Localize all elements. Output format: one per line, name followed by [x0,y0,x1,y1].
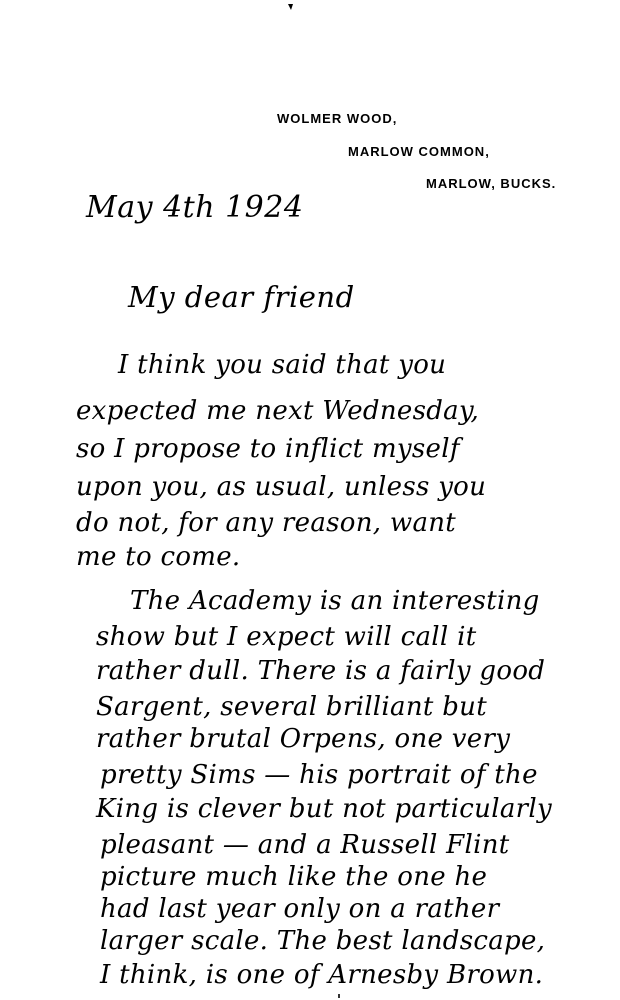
body-line: rather dull. There is a fairly good [96,656,545,686]
body-line: so I propose to inflict myself [76,434,460,464]
body-line: do not, for any reason, want [76,508,456,538]
body-line: upon you, as usual, unless you [76,472,486,502]
body-line: had last year only on a rather [100,894,499,924]
body-line: I think you said that you [118,350,446,380]
body-line: pretty Sims — his portrait of the [100,760,538,790]
letter-date: May 4th 1924 [86,190,303,225]
body-line: show but I expect will call it [96,622,476,652]
body-line: The Academy is an interesting [130,586,540,616]
letterhead-town: Marlow, Bucks. [426,176,556,191]
letter-page: Wolmer Wood, Marlow Common, Marlow, Buck… [0,0,620,1000]
body-line: picture much like the one he [100,862,487,892]
scan-speck [288,4,293,10]
body-line: I think, is one of Arnesby Brown. [100,960,543,990]
letterhead-house: Wolmer Wood, [277,111,397,126]
body-line: rather brutal Orpens, one very [96,724,510,754]
scan-speck [338,994,340,998]
body-line: King is clever but not particularly [96,794,552,824]
body-line: me to come. [76,542,241,572]
salutation: My dear friend [128,280,355,314]
letterhead-locality: Marlow Common, [348,144,490,159]
body-line: larger scale. The best landscape, [100,926,545,956]
body-line: pleasant — and a Russell Flint [100,830,510,860]
body-line: expected me next Wednesday, [76,396,479,426]
body-line: Sargent, several brilliant but [96,692,487,722]
